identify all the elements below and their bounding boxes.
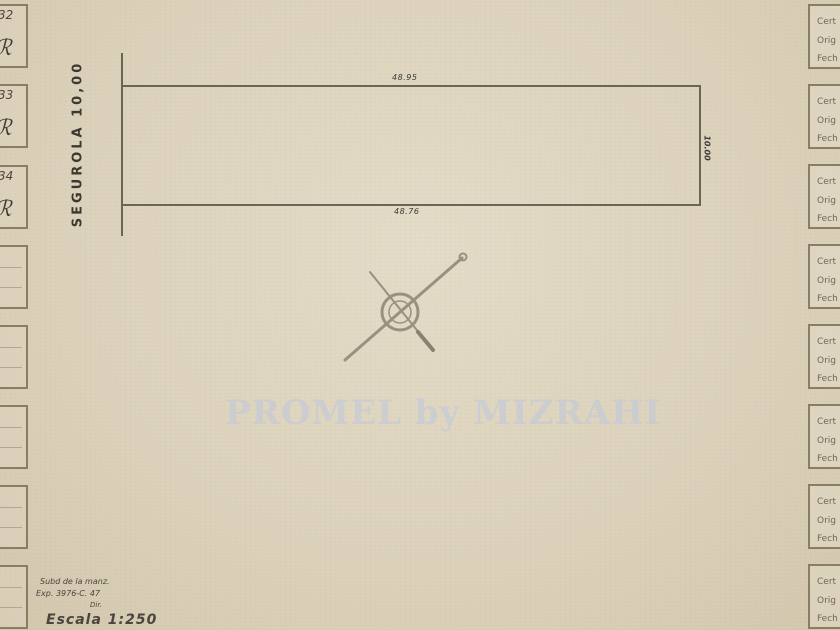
stamp-cert-label: Cert bbox=[817, 97, 836, 107]
signature-icon: ℛ bbox=[0, 197, 12, 222]
plot-bottom-edge bbox=[121, 204, 701, 206]
left-stamp bbox=[0, 325, 28, 389]
stamp-fecha-label: Fech bbox=[817, 134, 838, 144]
stamp-fecha-label: Fech bbox=[817, 454, 838, 464]
stamp-number: 32 bbox=[0, 8, 13, 22]
stamp-orig-label: Orig bbox=[817, 36, 836, 46]
stamp-fecha-label: Fech bbox=[817, 294, 838, 304]
right-stamp: Cert Orig Fech bbox=[808, 164, 840, 229]
left-stamp bbox=[0, 245, 28, 309]
left-stamp bbox=[0, 565, 28, 629]
stamp-cert-label: Cert bbox=[817, 257, 836, 267]
right-stamp: Cert Orig Fech bbox=[808, 324, 840, 389]
right-stamp: Cert Orig Fech bbox=[808, 404, 840, 469]
stamp-number: 34 bbox=[0, 169, 13, 183]
right-dimension: 10.00 bbox=[703, 135, 712, 160]
director-note: Dir. bbox=[90, 601, 102, 609]
stamp-fecha-label: Fech bbox=[817, 374, 838, 384]
top-dimension: 48.95 bbox=[392, 73, 417, 82]
left-stamp: 32 ℛ bbox=[0, 4, 28, 68]
stamp-cert-label: Cert bbox=[817, 177, 836, 187]
stamp-orig-label: Orig bbox=[817, 436, 836, 446]
scale-label: Escala 1:250 bbox=[46, 612, 157, 628]
stamp-number: 33 bbox=[0, 88, 13, 102]
expediente-note: Exp. 3976-C. 47 bbox=[36, 589, 100, 598]
street-line bbox=[121, 53, 123, 236]
right-stamp: Cert Orig Fech bbox=[808, 564, 840, 629]
right-stamp: Cert Orig Fech bbox=[808, 4, 840, 69]
stamp-orig-label: Orig bbox=[817, 196, 836, 206]
left-stamp bbox=[0, 485, 28, 549]
stamp-cert-label: Cert bbox=[817, 577, 836, 587]
plot-top-edge bbox=[121, 85, 701, 87]
plot-right-edge bbox=[699, 85, 701, 205]
right-stamp: Cert Orig Fech bbox=[808, 244, 840, 309]
stamp-orig-label: Orig bbox=[817, 116, 836, 126]
left-stamp: 34 ℛ bbox=[0, 165, 28, 229]
left-stamp: 33 ℛ bbox=[0, 84, 28, 148]
street-label: SEGUROLA 10,00 bbox=[71, 61, 86, 228]
subdivision-note: Subd de la manz. bbox=[40, 577, 110, 586]
stamp-orig-label: Orig bbox=[817, 276, 836, 286]
compass-icon bbox=[340, 250, 470, 365]
watermark: PROMEL by MIZRAHI bbox=[225, 393, 661, 433]
signature-icon: ℛ bbox=[0, 116, 12, 141]
stamp-cert-label: Cert bbox=[817, 417, 836, 427]
stamp-cert-label: Cert bbox=[817, 17, 836, 27]
stamp-orig-label: Orig bbox=[817, 596, 836, 606]
bottom-dimension: 48.76 bbox=[394, 207, 419, 216]
stamp-fecha-label: Fech bbox=[817, 214, 838, 224]
stamp-orig-label: Orig bbox=[817, 356, 836, 366]
stamp-fecha-label: Fech bbox=[817, 54, 838, 64]
left-stamp bbox=[0, 405, 28, 469]
right-stamp: Cert Orig Fech bbox=[808, 484, 840, 549]
right-stamp: Cert Orig Fech bbox=[808, 84, 840, 149]
stamp-cert-label: Cert bbox=[817, 337, 836, 347]
stamp-fecha-label: Fech bbox=[817, 534, 838, 544]
stamp-orig-label: Orig bbox=[817, 516, 836, 526]
stamp-fecha-label: Fech bbox=[817, 614, 838, 624]
stamp-cert-label: Cert bbox=[817, 497, 836, 507]
signature-icon: ℛ bbox=[0, 36, 12, 61]
